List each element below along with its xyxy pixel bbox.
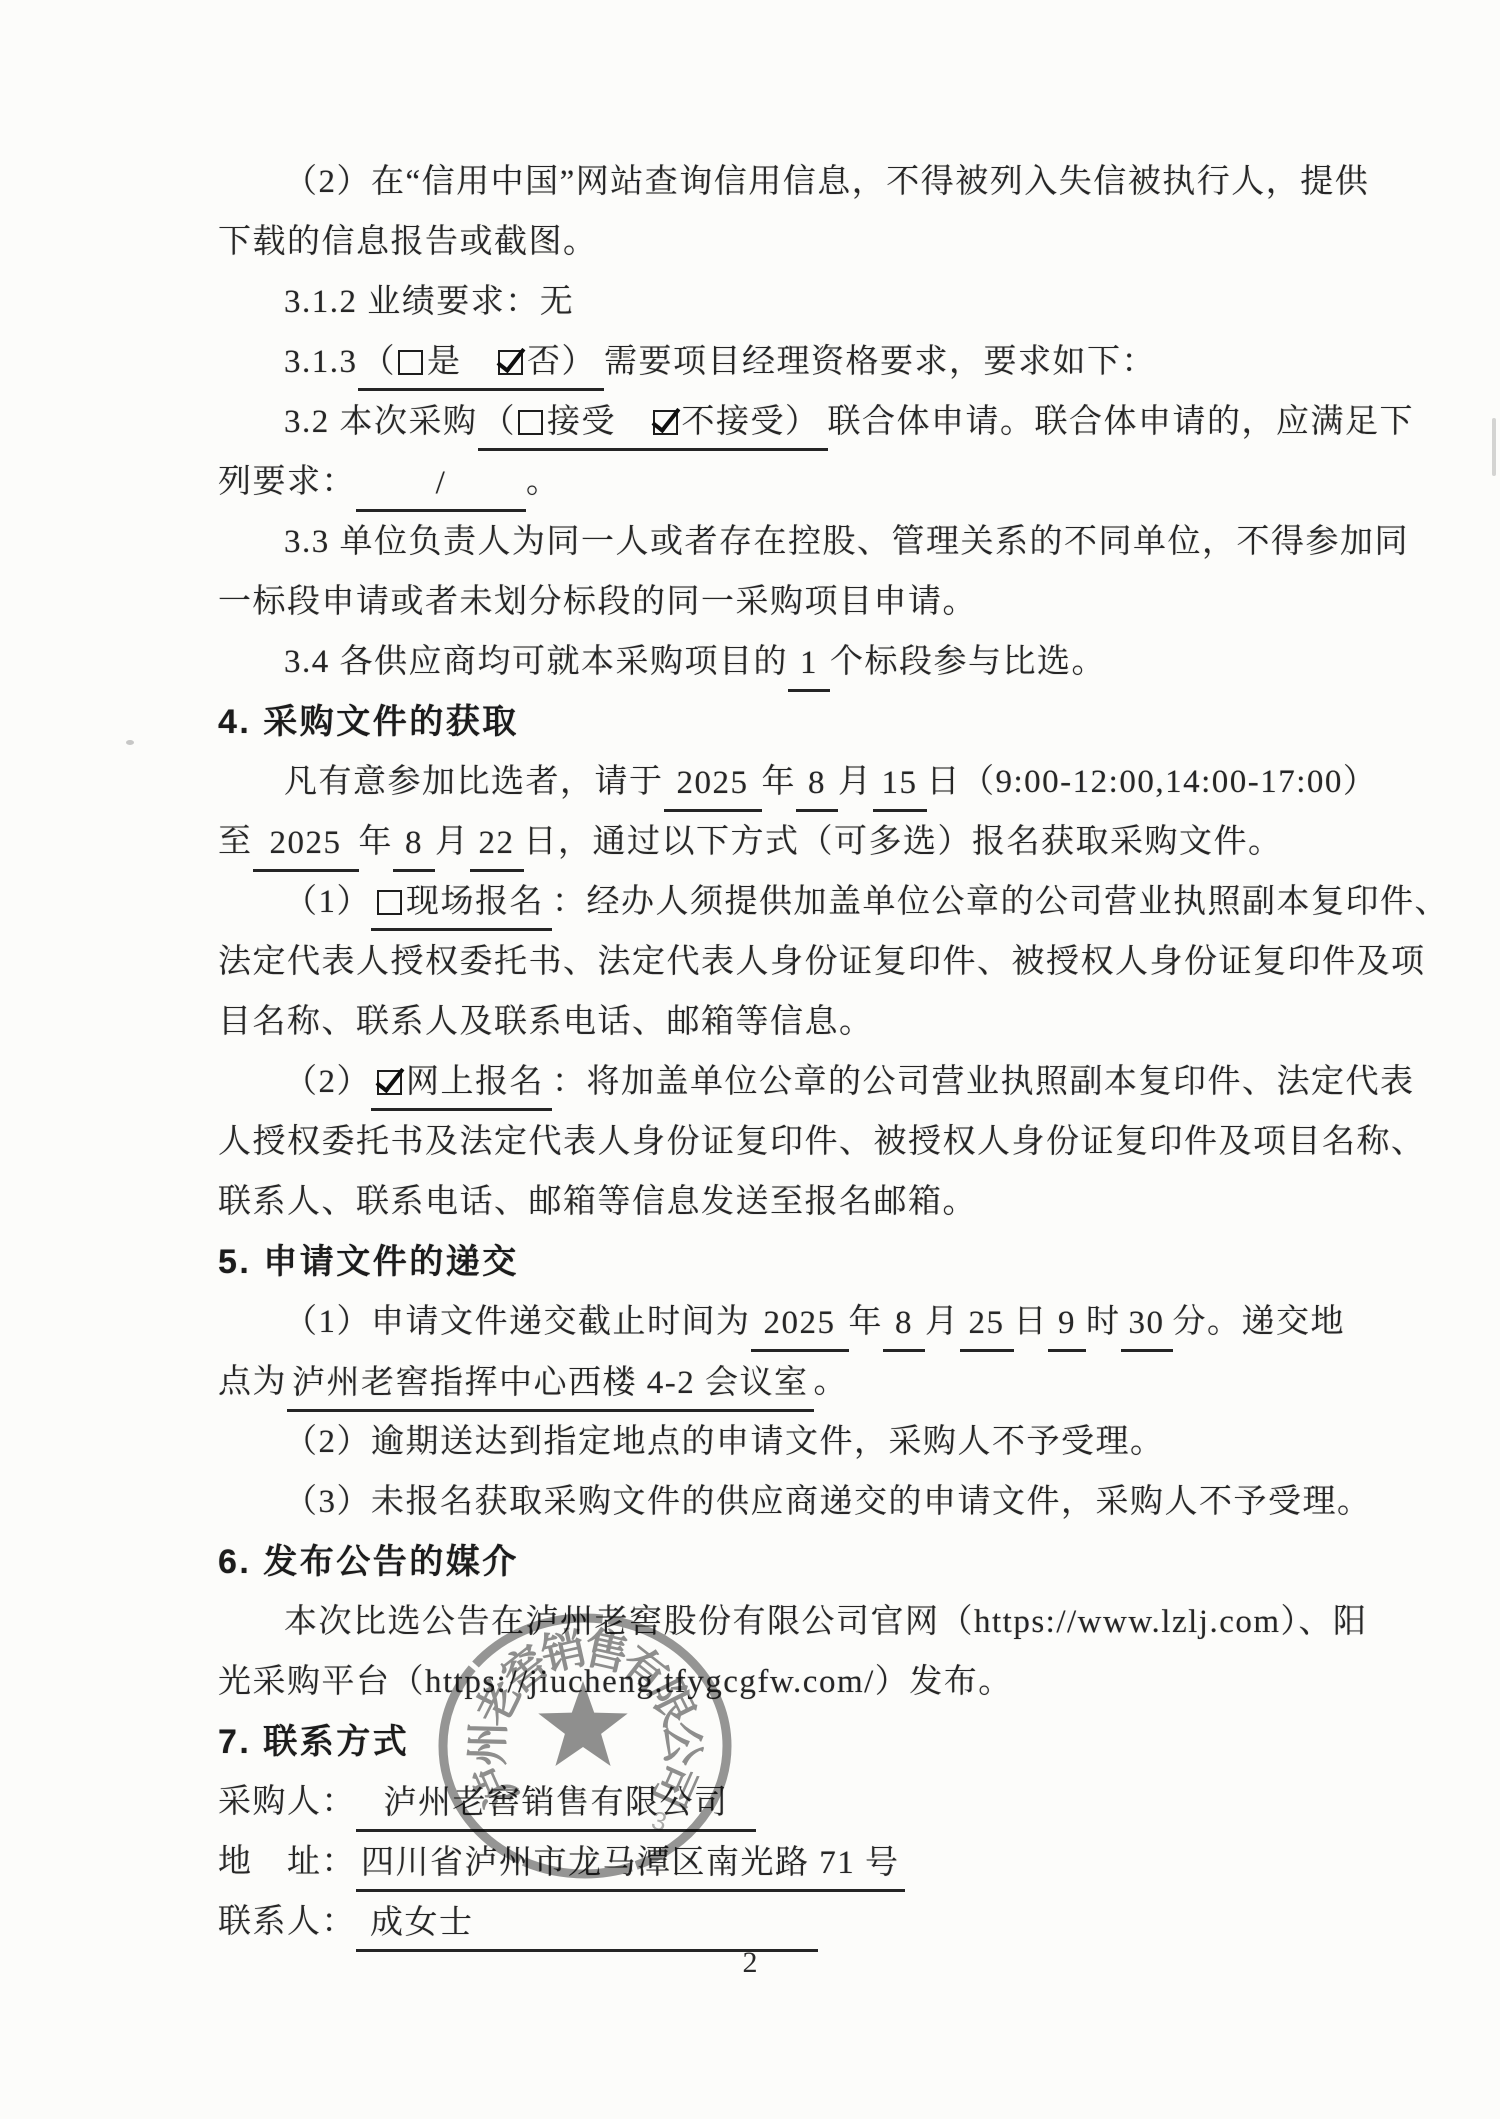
text-run: 法定代表人授权委托书、法定代表人身份证复印件、被授权人身份证复印件及项 (218, 944, 1426, 980)
page-number: 2 (0, 1946, 1500, 1980)
text-run: 一标段申请或者未划分标段的同一采购项目申请。 (218, 584, 977, 620)
document-line: （3）未报名获取采购文件的供应商递交的申请文件，采购人不予受理。 (218, 1472, 1398, 1532)
section-heading: 7. 联系方式 (218, 1712, 1398, 1772)
document-line: 人授权委托书及法定代表人身份证复印件、被授权人身份证复印件及项目名称、 (218, 1112, 1398, 1172)
document-line: 3.3 单位负责人为同一人或者存在控股、管理关系的不同单位，不得参加同 (218, 512, 1398, 572)
text-run: 本次比选公告在泸州老窖股份有限公司官网（https://www.lzlj.com… (284, 1604, 1368, 1640)
text-run: 6. 发布公告的媒介 (218, 1543, 519, 1581)
document-line: 3.2 本次采购（接受 不接受）联合体申请。联合体申请的，应满足下 (218, 392, 1398, 452)
text-run: 5. 申请文件的递交 (218, 1243, 519, 1281)
document-line: 地 址：四川省泸州市龙马潭区南光路 71 号 (218, 1832, 1398, 1892)
fill-in-blank: / (356, 457, 526, 512)
scan-artifact-streak (1492, 418, 1496, 476)
text-run: 需要项目经理资格要求，要求如下： (604, 344, 1156, 380)
document-line: 3.1.2 业绩要求：无 (218, 272, 1398, 332)
text-run: 月 (435, 824, 470, 860)
scanned-document-page: （2）在“信用中国”网站查询信用信息，不得被列入失信被执行人，提供下载的信息报告… (0, 0, 1500, 2119)
document-line: （2）在“信用中国”网站查询信用信息，不得被列入失信被执行人，提供 (218, 152, 1398, 212)
text-run: 否） (527, 344, 596, 380)
text-run: 人授权委托书及法定代表人身份证复印件、被授权人身份证复印件及项目名称、 (218, 1124, 1426, 1160)
text-run: 时 (1086, 1304, 1121, 1340)
text-run: 目名称、联系人及联系电话、邮箱等信息。 (218, 1004, 874, 1040)
text-run: 至 (218, 824, 253, 860)
section-heading: 6. 发布公告的媒介 (218, 1532, 1398, 1592)
fill-in-blank: 15 (873, 757, 927, 812)
unchecked-checkbox-icon (518, 410, 543, 435)
unchecked-checkbox-icon (377, 890, 402, 915)
scan-artifact-dot (126, 740, 134, 745)
document-line: 光采购平台（https://jiucheng.tfygcgfw.com/）发布。 (218, 1652, 1398, 1712)
document-line: 联系人、联系电话、邮箱等信息发送至报名邮箱。 (218, 1172, 1398, 1232)
fill-in-blank: 泸州老窖销售有限公司 (356, 1777, 756, 1832)
text-run: 3.2 本次采购 (284, 404, 478, 440)
text-run: （3）未报名获取采购文件的供应商递交的申请文件，采购人不予受理。 (284, 1484, 1372, 1520)
text-run: 个标段参与比选。 (830, 644, 1106, 680)
text-run: 联系人： (218, 1904, 356, 1940)
text-run: 联合体申请。联合体申请的，应满足下 (828, 404, 1415, 440)
text-run: 日（9:00-12:00,14:00-17:00） (927, 764, 1378, 800)
text-run: 列要求： (218, 464, 356, 500)
text-run: 下载的信息报告或截图。 (218, 224, 598, 260)
underlined-group: 现场报名 (371, 876, 552, 931)
text-run: 接受 (547, 404, 651, 440)
document-line: 采购人：泸州老窖销售有限公司 (218, 1772, 1398, 1832)
fill-in-blank: 2025 (253, 817, 359, 872)
text-run: 地 址： (218, 1844, 356, 1880)
document-line: 联系人：成女士 (218, 1892, 1398, 1952)
document-line: 下载的信息报告或截图。 (218, 212, 1398, 272)
text-run: （ (482, 404, 517, 440)
checked-checkbox-icon (653, 410, 678, 435)
text-run: 年 (359, 824, 394, 860)
document-line: （1）申请文件递交截止时间为2025年8月25日9时30分。递交地 (218, 1292, 1398, 1352)
underlined-group: 网上报名 (371, 1056, 552, 1111)
document-line: 3.4 各供应商均可就本采购项目的1个标段参与比选。 (218, 632, 1398, 692)
text-run: （2） (284, 1064, 371, 1100)
text-run: 是 (427, 344, 496, 380)
text-run: 光采购平台（https://jiucheng.tfygcgfw.com/）发布。 (218, 1664, 1013, 1700)
fill-in-blank: 22 (470, 817, 524, 872)
text-run: （1）申请文件递交截止时间为 (284, 1304, 751, 1340)
document-line: 凡有意参加比选者，请于2025年8月15日（9:00-12:00,14:00-1… (218, 752, 1398, 812)
text-run: 点为 (218, 1364, 287, 1400)
document-line: 3.1.3（是 否）需要项目经理资格要求，要求如下： (218, 332, 1398, 392)
text-run: 3.1.3 (284, 344, 358, 380)
document-line: （2）网上报名：将加盖单位公章的公司营业执照副本复印件、法定代表 (218, 1052, 1398, 1112)
fill-in-blank: 成女士 (356, 1897, 818, 1952)
text-run: 网上报名 (406, 1064, 544, 1100)
text-run: 4. 采购文件的获取 (218, 703, 519, 741)
document-body: （2）在“信用中国”网站查询信用信息，不得被列入失信被执行人，提供下载的信息报告… (218, 152, 1398, 1952)
text-run: 不接受） (682, 404, 820, 440)
checked-checkbox-icon (377, 1070, 402, 1095)
text-run: （2）逾期送达到指定地点的申请文件，采购人不予受理。 (284, 1424, 1165, 1460)
text-run: 7. 联系方式 (218, 1723, 409, 1761)
text-run: 凡有意参加比选者，请于 (284, 764, 664, 800)
text-run: 3.4 各供应商均可就本采购项目的 (284, 644, 788, 680)
fill-in-blank: 四川省泸州市龙马潭区南光路 71 号 (356, 1837, 905, 1892)
document-line: （2）逾期送达到指定地点的申请文件，采购人不予受理。 (218, 1412, 1398, 1472)
fill-in-blank: 2025 (664, 757, 762, 812)
text-run: 年 (849, 1304, 884, 1340)
section-heading: 5. 申请文件的递交 (218, 1232, 1398, 1292)
underlined-group: （是 否） (358, 336, 605, 391)
text-run: 月 (838, 764, 873, 800)
section-heading: 4. 采购文件的获取 (218, 692, 1398, 752)
fill-in-blank: 2025 (751, 1297, 849, 1352)
text-run: 日，通过以下方式（可多选）报名获取采购文件。 (524, 824, 1283, 860)
text-run: （1） (284, 884, 371, 920)
unchecked-checkbox-icon (398, 350, 423, 375)
document-line: 点为泸州老窖指挥中心西楼 4-2 会议室。 (218, 1352, 1398, 1412)
checked-checkbox-icon (498, 350, 523, 375)
document-line: 一标段申请或者未划分标段的同一采购项目申请。 (218, 572, 1398, 632)
text-run: 日 (1014, 1304, 1049, 1340)
fill-in-blank: 25 (960, 1297, 1014, 1352)
document-line: （1）现场报名：经办人须提供加盖单位公章的公司营业执照副本复印件、 (218, 872, 1398, 932)
document-line: 本次比选公告在泸州老窖股份有限公司官网（https://www.lzlj.com… (218, 1592, 1398, 1652)
underlined-group: （接受 不接受） (478, 396, 828, 451)
text-run: 采购人： (218, 1784, 356, 1820)
fill-in-blank: 30 (1121, 1297, 1173, 1352)
text-run: 月 (925, 1304, 960, 1340)
fill-in-blank: 8 (393, 817, 435, 872)
text-run: 3.1.2 业绩要求：无 (284, 284, 574, 320)
text-run: ：经办人须提供加盖单位公章的公司营业执照副本复印件、 (552, 884, 1449, 920)
text-run: 年 (762, 764, 797, 800)
fill-in-blank: 泸州老窖指挥中心西楼 4-2 会议室 (287, 1357, 814, 1412)
fill-in-blank: 8 (883, 1297, 925, 1352)
text-run: 3.3 单位负责人为同一人或者存在控股、管理关系的不同单位，不得参加同 (284, 524, 1409, 560)
fill-in-blank: 1 (788, 637, 830, 692)
fill-in-blank: 8 (796, 757, 838, 812)
text-run: （2）在“信用中国”网站查询信用信息，不得被列入失信被执行人，提供 (284, 164, 1369, 200)
document-line: 目名称、联系人及联系电话、邮箱等信息。 (218, 992, 1398, 1052)
fill-in-blank: 9 (1048, 1297, 1086, 1352)
text-run: ：将加盖单位公章的公司营业执照副本复印件、法定代表 (552, 1064, 1415, 1100)
text-run: 联系人、联系电话、邮箱等信息发送至报名邮箱。 (218, 1184, 977, 1220)
text-run: 。 (526, 464, 561, 500)
document-line: 至2025年8月22日，通过以下方式（可多选）报名获取采购文件。 (218, 812, 1398, 872)
text-run: 现场报名 (406, 884, 544, 920)
text-run: 分。递交地 (1173, 1304, 1346, 1340)
text-run: 。 (814, 1364, 849, 1400)
document-line: 法定代表人授权委托书、法定代表人身份证复印件、被授权人身份证复印件及项 (218, 932, 1398, 992)
text-run: （ (362, 344, 397, 380)
document-line: 列要求：/。 (218, 452, 1398, 512)
